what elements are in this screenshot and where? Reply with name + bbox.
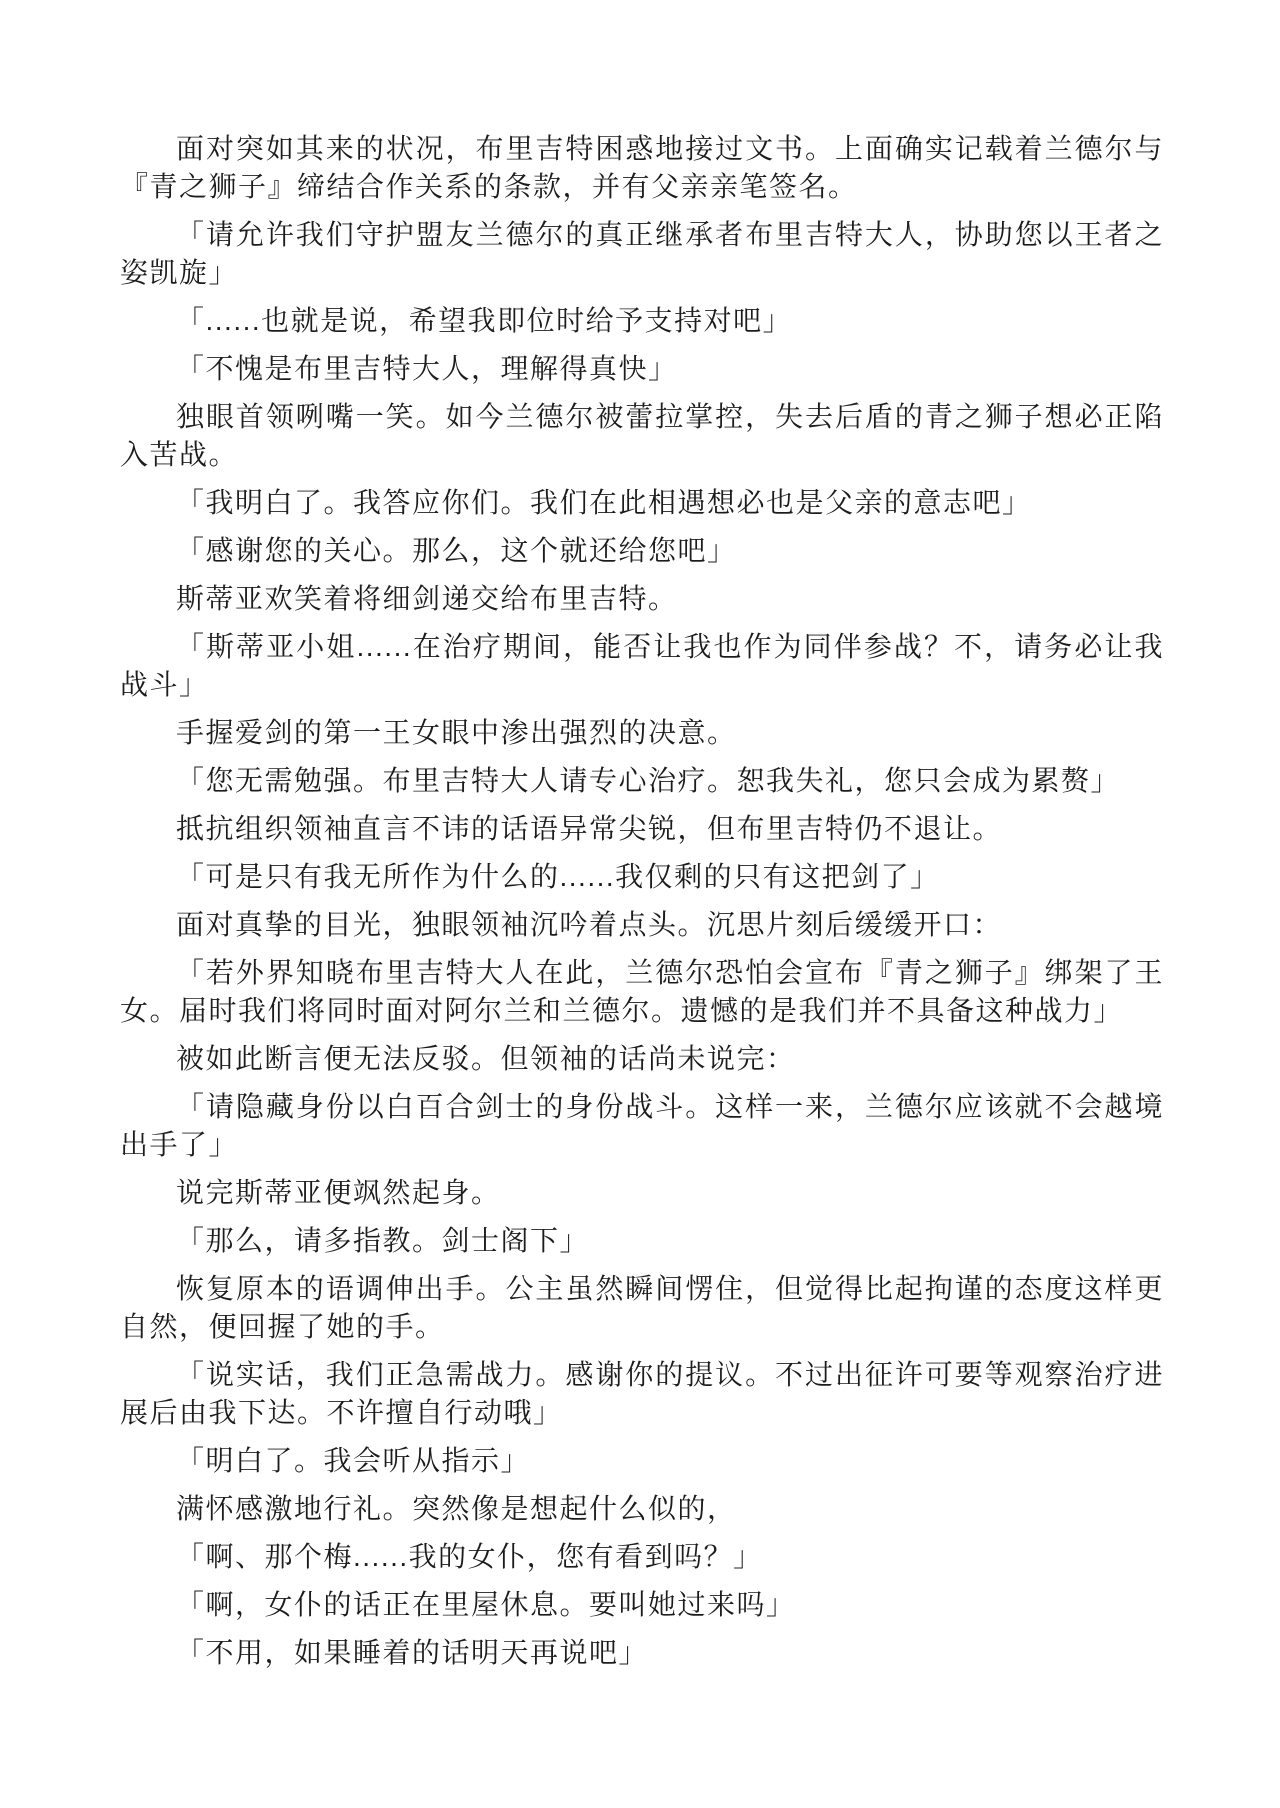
- paragraph: 抵抗组织领袖直言不讳的话语异常尖锐，但布里吉特仍不退让。: [120, 810, 1164, 848]
- document-page: 面对突如其来的状况，布里吉特困惑地接过文书。上面确实记载着兰德尔与『青之狮子』缔…: [0, 0, 1280, 1808]
- paragraph: 「说实话，我们正急需战力。感谢你的提议。不过出征许可要等观察治疗进展后由我下达。…: [120, 1356, 1164, 1432]
- paragraph: 被如此断言便无法反驳。但领袖的话尚未说完：: [120, 1040, 1164, 1078]
- paragraph: 「请隐藏身份以白百合剑士的身份战斗。这样一来，兰德尔应该就不会越境出手了」: [120, 1088, 1164, 1164]
- paragraph: 面对突如其来的状况，布里吉特困惑地接过文书。上面确实记载着兰德尔与『青之狮子』缔…: [120, 130, 1164, 206]
- paragraph: 手握爱剑的第一王女眼中渗出强烈的决意。: [120, 714, 1164, 752]
- paragraph: 「若外界知晓布里吉特大人在此，兰德尔恐怕会宣布『青之狮子』绑架了王女。届时我们将…: [120, 954, 1164, 1030]
- paragraph: 「我明白了。我答应你们。我们在此相遇想必也是父亲的意志吧」: [120, 484, 1164, 522]
- paragraph: 「啊，女仆的话正在里屋休息。要叫她过来吗」: [120, 1586, 1164, 1624]
- paragraph: 面对真挚的目光，独眼领袖沉吟着点头。沉思片刻后缓缓开口：: [120, 906, 1164, 944]
- paragraph: 「请允许我们守护盟友兰德尔的真正继承者布里吉特大人，协助您以王者之姿凯旋」: [120, 216, 1164, 292]
- paragraph: 说完斯蒂亚便飒然起身。: [120, 1174, 1164, 1212]
- paragraph: 「感谢您的关心。那么，这个就还给您吧」: [120, 532, 1164, 570]
- paragraph: 「您无需勉强。布里吉特大人请专心治疗。恕我失礼，您只会成为累赘」: [120, 762, 1164, 800]
- paragraph: 恢复原本的语调伸出手。公主虽然瞬间愣住，但觉得比起拘谨的态度这样更自然，便回握了…: [120, 1270, 1164, 1346]
- paragraph: 斯蒂亚欢笑着将细剑递交给布里吉特。: [120, 580, 1164, 618]
- paragraph: 「......也就是说，希望我即位时给予支持对吧」: [120, 302, 1164, 340]
- paragraph: 「啊、那个梅......我的女仆，您有看到吗？」: [120, 1538, 1164, 1576]
- paragraph: 「不愧是布里吉特大人，理解得真快」: [120, 350, 1164, 388]
- paragraph: 「不用，如果睡着的话明天再说吧」: [120, 1634, 1164, 1672]
- paragraph: 「明白了。我会听从指示」: [120, 1442, 1164, 1480]
- paragraph: 「斯蒂亚小姐......在治疗期间，能否让我也作为同伴参战？不，请务必让我战斗」: [120, 628, 1164, 704]
- paragraph: 独眼首领咧嘴一笑。如今兰德尔被蕾拉掌控，失去后盾的青之狮子想必正陷入苦战。: [120, 398, 1164, 474]
- paragraph: 「可是只有我无所作为什么的......我仅剩的只有这把剑了」: [120, 858, 1164, 896]
- paragraph: 「那么，请多指教。剑士阁下」: [120, 1222, 1164, 1260]
- paragraph: 满怀感激地行礼。突然像是想起什么似的，: [120, 1490, 1164, 1528]
